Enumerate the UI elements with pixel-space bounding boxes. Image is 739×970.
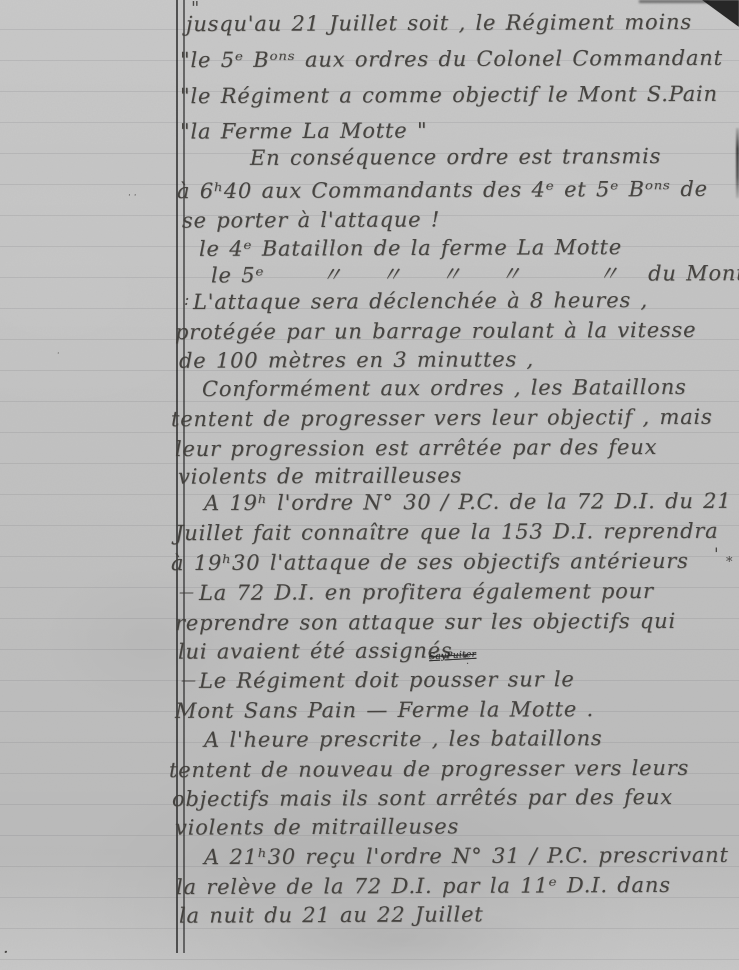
handwritten-line: protégée par un barrage roulant à la vit… xyxy=(175,319,696,344)
handwritten-line: "la Ferme La Motte " xyxy=(180,119,428,143)
handwritten-line: A l'heure prescrite , les bataillons xyxy=(204,727,603,752)
stray-mark: · xyxy=(3,944,9,962)
scan-corner-artifact xyxy=(697,0,739,27)
handwritten-line: A 19ʰ l'ordre N° 30 / P.C. de la 72 D.I.… xyxy=(204,490,732,515)
handwritten-line: La 72 D.I. en profitera également pour xyxy=(199,580,654,605)
handwritten-line: jusqu'au 21 Juillet soit , le Régiment m… xyxy=(186,11,692,36)
handwritten-line: L'attaque sera déclenchée à 8 heures , xyxy=(193,289,648,314)
handwritten-line: le 4ᵉ Bataillon de la ferme La Motte xyxy=(199,236,622,261)
scanned-document-page: jusqu'au 21 Juillet soit , le Régiment m… xyxy=(0,0,739,970)
handwritten-line: la nuit du 21 au 22 Juillet xyxy=(179,903,484,927)
handwritten-line: de 100 mètres en 3 minuttes , xyxy=(179,348,534,373)
handwritten-line: tentent de nouveau de progresser vers le… xyxy=(169,757,689,782)
handwritten-line: "le 5ᵉ Bᵒⁿˢ aux ordres du Colonel Comman… xyxy=(180,47,723,72)
handwritten-line: "le Régiment a comme objectif le Mont S.… xyxy=(180,83,718,108)
handwritten-line: à 6ʰ40 aux Commandants des 4ᵉ et 5ᵉ Bᵒⁿˢ… xyxy=(177,178,708,203)
stray-mark: · xyxy=(57,350,60,358)
stray-mark: " xyxy=(191,0,199,18)
handwritten-line: se porter à l'attaque ! xyxy=(182,208,440,232)
handwritten-line: leur progression est arrêtée par des feu… xyxy=(175,436,657,461)
handwritten-line: Mont Sans Pain — Ferme la Motte . xyxy=(175,698,594,723)
stray-mark: · xyxy=(466,660,469,670)
handwritten-line: violents de mitrailleuses xyxy=(175,815,459,839)
handwritten-line: reprendre son attaque sur les objectifs … xyxy=(175,610,676,635)
stray-mark: * xyxy=(726,556,733,569)
handwritten-line: En conséquence ordre est transmis xyxy=(250,145,661,170)
handwritten-line: objectifs mais ils sont arrêtés par des … xyxy=(172,786,673,811)
handwritten-line: violents de mitrailleuses xyxy=(178,464,462,488)
stray-mark: — xyxy=(181,673,196,688)
stray-mark: ' xyxy=(714,547,719,564)
stray-mark: — xyxy=(179,585,194,600)
handwritten-line: à 19ʰ30 l'attaque de ses objectifs antér… xyxy=(171,550,689,575)
handwritten-line: la relève de la 72 D.I. par la 11ᵉ D.I. … xyxy=(176,874,671,899)
handwritten-line: Conformément aux ordres , les Bataillons xyxy=(202,376,687,401)
handwritten-line: Le Régiment doit pousser sur le xyxy=(199,668,575,693)
stray-mark: · · xyxy=(128,192,137,201)
scan-edge-artifact-top xyxy=(639,0,709,3)
handwritten-line: lui avaient été assignés . xyxy=(178,639,470,663)
handwritten-line: le 5ᵉ 〃 〃 〃 〃 〃 du Mont Sans Pain xyxy=(211,262,739,288)
stray-mark: : xyxy=(184,292,189,308)
handwritten-line: tentent de progresser vers leur objectif… xyxy=(171,406,713,431)
handwritten-line: A 21ʰ30 reçu l'ordre N° 31 / P.C. prescr… xyxy=(204,844,729,869)
handwritten-line: Juillet fait connaître que la 153 D.I. r… xyxy=(175,520,719,545)
